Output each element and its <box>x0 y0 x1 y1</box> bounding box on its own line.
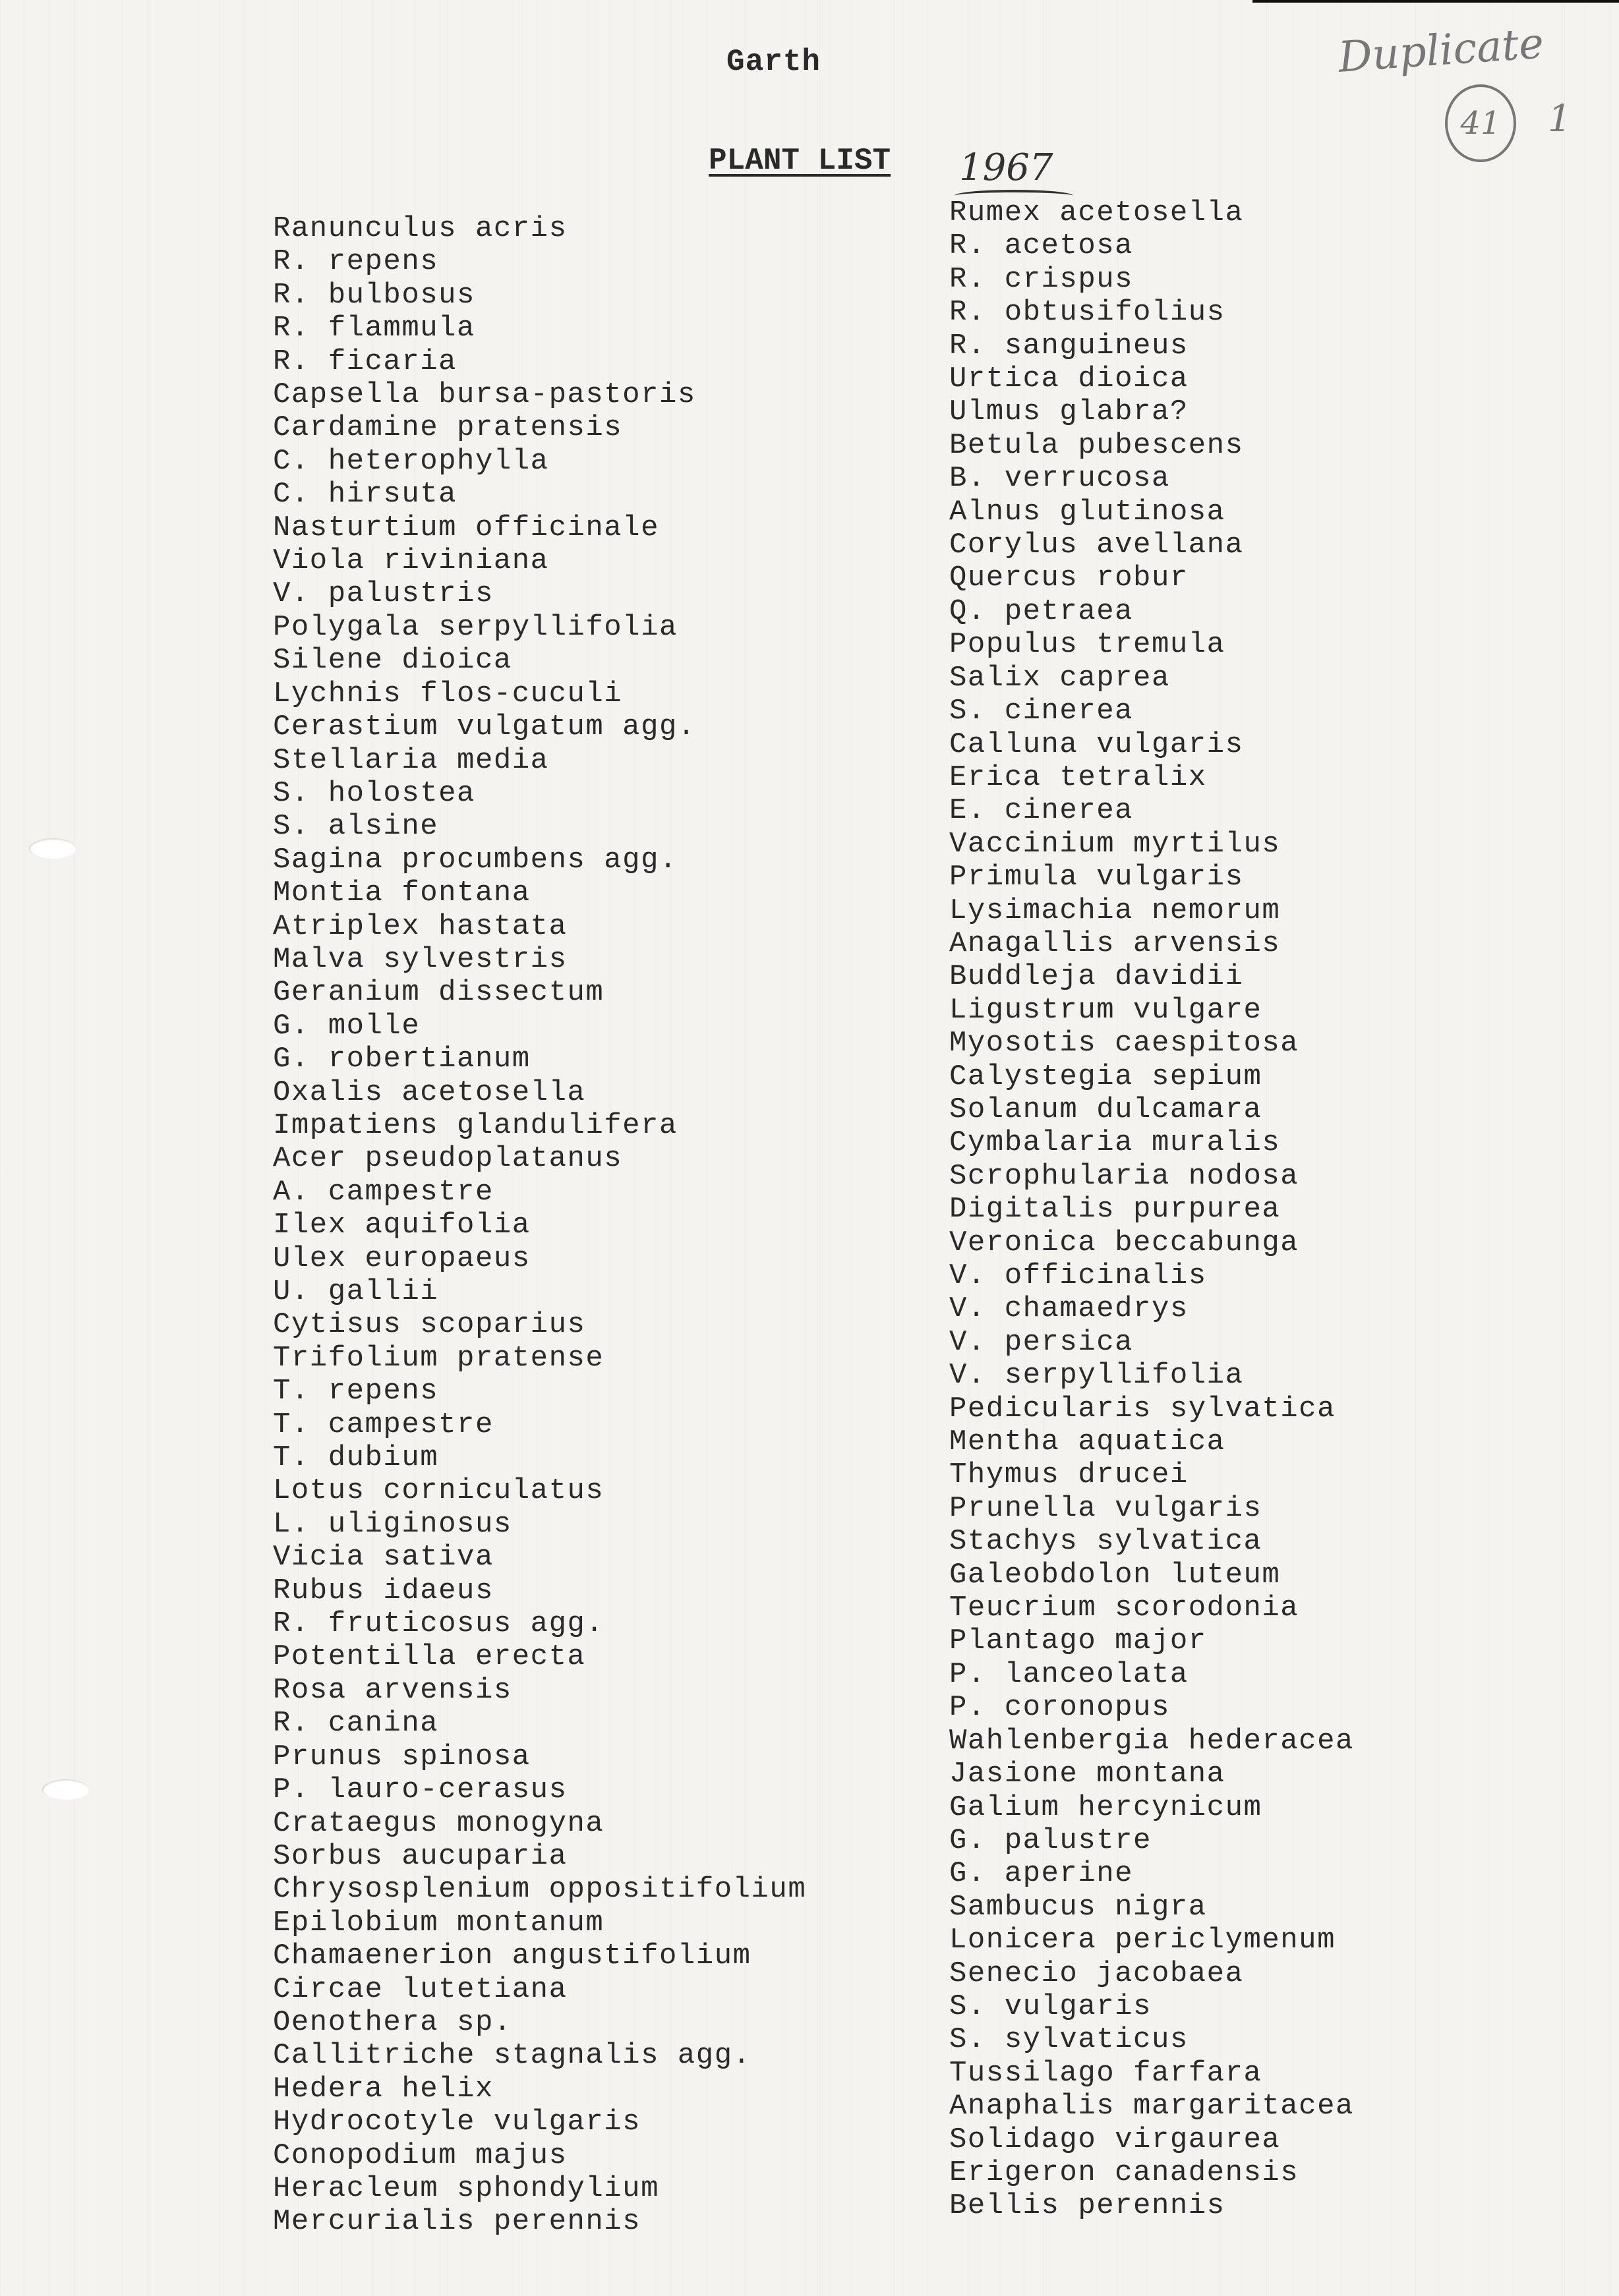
plant-list-item: Atriplex hastata <box>273 910 806 943</box>
plant-list-item: Epilobium montanum <box>273 1907 806 1939</box>
plant-list-item: R. fruticosus agg. <box>273 1607 806 1640</box>
plant-list-item: Rosa arvensis <box>273 1674 806 1707</box>
plant-list-item: Ligustrum vulgare <box>949 994 1354 1027</box>
plant-list-item: Salix caprea <box>949 662 1354 695</box>
plant-list-item: Digitalis purpurea <box>949 1193 1354 1226</box>
plant-list-item: V. chamaedrys <box>949 1292 1354 1325</box>
plant-list-item: Pedicularis sylvatica <box>949 1392 1354 1425</box>
plant-list-item: G. robertianum <box>273 1043 806 1076</box>
plant-list-item: Chamaenerion angustifolium <box>273 1939 806 1972</box>
plant-list-item: Ulmus glabra? <box>949 395 1354 428</box>
plant-list-item: R. crispus <box>949 263 1354 296</box>
plant-list-item: Senecio jacobaea <box>949 1957 1354 1990</box>
plant-list-item: Montia fontana <box>273 876 806 909</box>
plant-list-item: Teucrium scorodonia <box>949 1592 1354 1624</box>
plant-list-item: Hydrocotyle vulgaris <box>273 2106 806 2138</box>
plant-list-item: Calystegia sepium <box>949 1060 1354 1093</box>
plant-list-item: Calluna vulgaris <box>949 728 1354 761</box>
plant-list-item: Ulex europaeus <box>273 1242 806 1275</box>
plant-list-item: R. repens <box>273 245 806 278</box>
plant-list-item: Malva sylvestris <box>273 943 806 976</box>
plant-list-item: C. heterophylla <box>273 445 806 478</box>
plant-list-item: S. holostea <box>273 777 806 810</box>
plant-list-item: P. coronopus <box>949 1691 1354 1724</box>
plant-list-item: Jasione montana <box>949 1758 1354 1791</box>
plant-list-item: Ilex aquifolia <box>273 1209 806 1242</box>
plant-list-item: Callitriche stagnalis agg. <box>273 2039 806 2072</box>
plant-list-item: Oxalis acetosella <box>273 1076 806 1109</box>
plant-list-item: G. molle <box>273 1010 806 1043</box>
handwritten-stamp: Duplicate <box>1337 19 1545 82</box>
plant-list-item: R. flammula <box>273 312 806 345</box>
plant-list-item: Tussilago farfara <box>949 2057 1354 2090</box>
plant-list-item: R. obtusifolius <box>949 296 1354 329</box>
plant-list-item: Vaccinium myrtilus <box>949 828 1354 861</box>
plant-list-item: Vicia sativa <box>273 1541 806 1574</box>
plant-list-item: U. gallii <box>273 1275 806 1308</box>
plant-list-item: R. acetosa <box>949 229 1354 262</box>
handwritten-year: 1967 <box>959 146 1053 189</box>
plant-list-item: Galeobdolon luteum <box>949 1559 1354 1592</box>
paper-background <box>0 0 1619 2296</box>
page-title: PLANT LIST <box>709 144 891 178</box>
plant-list-item: Prunus spinosa <box>273 1740 806 1773</box>
punch-hole-top <box>29 838 76 859</box>
plant-list-left-column: Ranunculus acrisR. repensR. bulbosusR. f… <box>273 212 806 2239</box>
plant-list-item: Thymus drucei <box>949 1458 1354 1491</box>
plant-list-item: P. lanceolata <box>949 1658 1354 1691</box>
plant-list-item: Scrophularia nodosa <box>949 1160 1354 1193</box>
plant-list-item: Prunella vulgaris <box>949 1492 1354 1525</box>
plant-list-item: G. palustre <box>949 1824 1354 1857</box>
plant-list-item: Myosotis caespitosa <box>949 1027 1354 1060</box>
circled-number: 41 <box>1445 84 1516 162</box>
plant-list-item: V. palustris <box>273 577 806 610</box>
plant-list-item: V. persica <box>949 1326 1354 1359</box>
plant-list-item: Alnus glutinosa <box>949 496 1354 529</box>
plant-list-item: Lonicera periclymenum <box>949 1924 1354 1957</box>
plant-list-item: V. officinalis <box>949 1259 1354 1292</box>
plant-list-item: Lysimachia nemorum <box>949 894 1354 927</box>
plant-list-right-column: Rumex acetosellaR. acetosaR. crispusR. o… <box>949 196 1354 2223</box>
plant-list-item: Sagina procumbens agg. <box>273 844 806 876</box>
plant-list-item: Solidago virgaurea <box>949 2123 1354 2156</box>
plant-list-item: Populus tremula <box>949 628 1354 661</box>
document-header-name: Garth <box>726 45 821 79</box>
plant-list-item: Cardamine pratensis <box>273 411 806 444</box>
plant-list-item: Erica tetralix <box>949 761 1354 794</box>
plant-list-item: Acer pseudoplatanus <box>273 1142 806 1175</box>
plant-list-item: Mercurialis perennis <box>273 2205 806 2238</box>
plant-list-item: Betula pubescens <box>949 429 1354 462</box>
plant-list-item: Conopodium majus <box>273 2139 806 2172</box>
plant-list-item: Lychnis flos-cuculi <box>273 677 806 710</box>
plant-list-item: E. cinerea <box>949 794 1354 827</box>
plant-list-item: R. bulbosus <box>273 279 806 312</box>
plant-list-item: Quercus robur <box>949 561 1354 594</box>
plant-list-item: Anaphalis margaritacea <box>949 2090 1354 2123</box>
plant-list-item: Circae lutetiana <box>273 1973 806 2006</box>
punch-hole-bottom <box>42 1779 90 1800</box>
plant-list-item: R. sanguineus <box>949 330 1354 362</box>
plant-list-item: Capsella bursa-pastoris <box>273 378 806 411</box>
plant-list-item: G. aperine <box>949 1857 1354 1890</box>
plant-list-item: L. uliginosus <box>273 1508 806 1541</box>
plant-list-item: Erigeron canadensis <box>949 2156 1354 2189</box>
plant-list-item: Solanum dulcamara <box>949 1093 1354 1126</box>
plant-list-item: Geranium dissectum <box>273 976 806 1009</box>
plant-list-item: S. vulgaris <box>949 1990 1354 2023</box>
plant-list-item: Potentilla erecta <box>273 1640 806 1673</box>
plant-list-item: Ranunculus acris <box>273 212 806 245</box>
plant-list-item: C. hirsuta <box>273 478 806 511</box>
plant-list-item: Nasturtium officinale <box>273 511 806 544</box>
plant-list-item: T. dubium <box>273 1441 806 1474</box>
plant-list-item: B. verrucosa <box>949 462 1354 495</box>
plant-list-item: Oenothera sp. <box>273 2006 806 2039</box>
plant-list-item: R. ficaria <box>273 345 806 378</box>
plant-list-item: Rumex acetosella <box>949 196 1354 229</box>
plant-list-item: Anagallis arvensis <box>949 927 1354 960</box>
plant-list-item: Impatiens glandulifera <box>273 1109 806 1142</box>
plant-list-item: Heracleum sphondylium <box>273 2172 806 2205</box>
plant-list-item: R. canina <box>273 1707 806 1740</box>
plant-list-item: Cytisus scoparius <box>273 1308 806 1341</box>
plant-list-item: Corylus avellana <box>949 529 1354 561</box>
plant-list-item: Cerastium vulgatum agg. <box>273 710 806 743</box>
plant-list-item: T. repens <box>273 1375 806 1408</box>
plant-list-item: Wahlenbergia hederacea <box>949 1725 1354 1758</box>
plant-list-item: S. sylvaticus <box>949 2023 1354 2056</box>
plant-list-item: Galium hercynicum <box>949 1791 1354 1824</box>
plant-list-item: Crataegus monogyna <box>273 1807 806 1840</box>
plant-list-item: Lotus corniculatus <box>273 1474 806 1507</box>
plant-list-item: S. cinerea <box>949 695 1354 728</box>
plant-list-item: Primula vulgaris <box>949 861 1354 894</box>
plant-list-item: Bellis perennis <box>949 2189 1354 2222</box>
circled-number-text: 41 <box>1460 105 1500 142</box>
plant-list-item: A. campestre <box>273 1176 806 1209</box>
plant-list-item: Buddleja davidii <box>949 960 1354 993</box>
plant-list-item: Plantago major <box>949 1624 1354 1657</box>
plant-list-item: Urtica dioica <box>949 362 1354 395</box>
plant-list-item: Sambucus nigra <box>949 1891 1354 1924</box>
plant-list-item: Stachys sylvatica <box>949 1525 1354 1558</box>
plant-list-item: V. serpyllifolia <box>949 1359 1354 1392</box>
plant-list-item: T. campestre <box>273 1408 806 1441</box>
plant-list-item: P. lauro-cerasus <box>273 1773 806 1806</box>
plant-list-item: Trifolium pratense <box>273 1342 806 1375</box>
plant-list-item: Chrysosplenium oppositifolium <box>273 1873 806 1906</box>
plant-list-item: Rubus idaeus <box>273 1574 806 1607</box>
scan-edge <box>1252 0 1619 3</box>
plant-list-item: Stellaria media <box>273 744 806 777</box>
plant-list-item: Veronica beccabunga <box>949 1226 1354 1259</box>
plant-list-item: Viola riviniana <box>273 544 806 577</box>
plant-list-item: Cymbalaria muralis <box>949 1126 1354 1159</box>
plant-list-item: Silene dioica <box>273 644 806 677</box>
plant-list-item: Mentha aquatica <box>949 1425 1354 1458</box>
plant-list-item: Sorbus aucuparia <box>273 1840 806 1873</box>
plant-list-item: Hedera helix <box>273 2073 806 2106</box>
plant-list-item: S. alsine <box>273 810 806 843</box>
plant-list-item: Polygala serpyllifolia <box>273 611 806 644</box>
plant-list-item: Q. petraea <box>949 595 1354 628</box>
handwritten-page-number: 1 <box>1548 98 1572 140</box>
